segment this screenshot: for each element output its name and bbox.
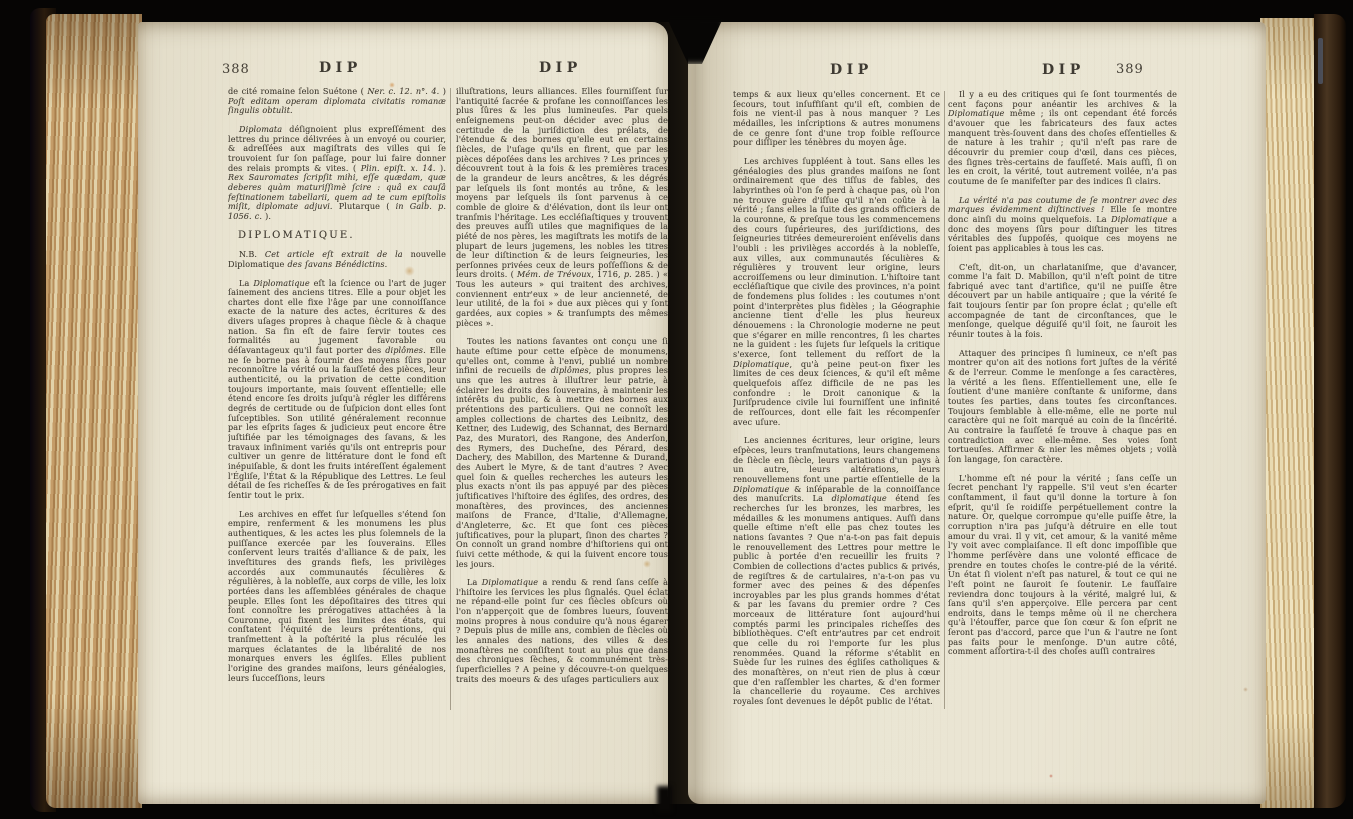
- column-rule-right: [944, 91, 945, 709]
- text-paragraph: Attaquer des principes ſi lumineux, ce n…: [948, 349, 1177, 465]
- column-rule-left: [450, 88, 451, 710]
- text-paragraph: La Diplomatique a rendu & rend ſans ceſſ…: [456, 578, 668, 684]
- running-head-left-1: DIP: [319, 60, 362, 76]
- gutter-bottom-shadow: [657, 786, 672, 812]
- text-paragraph: de cité romaine ſelon Suétone ( Ner. c. …: [228, 87, 446, 116]
- right-board-leather: [1314, 14, 1346, 808]
- text-paragraph: Il y a eu des critiques qui ſe ſont tour…: [948, 90, 1177, 187]
- foxing-spot: [648, 580, 654, 586]
- left-fore-edge-pages: [46, 14, 142, 808]
- text-paragraph: Les archives ſuppléent à tout. Sans elle…: [733, 157, 940, 427]
- text-paragraph: Les archives en effet ſur leſquelles s'é…: [228, 510, 446, 684]
- text-paragraph: La Diplomatique eſt la ſcience ou l'art …: [228, 279, 446, 501]
- foxing-spot: [643, 560, 651, 568]
- article-title: DIPLOMATIQUE.: [228, 231, 446, 241]
- text-paragraph: L'homme eſt né pour la vérité ; ſans ceſ…: [948, 474, 1177, 657]
- right-fore-edge-pages: [1260, 18, 1320, 808]
- text-paragraph: Diplomata déſignoient plus expreſſément …: [228, 125, 446, 222]
- running-head-right-1: DIP: [830, 62, 873, 78]
- text-paragraph: C'eſt, dit-on, un charlataniſme, que d'a…: [948, 263, 1177, 340]
- page-number-right: 389: [1116, 62, 1144, 77]
- open-book-photograph: 388 DIP DIP DIP DIP 389 de cité romaine …: [0, 0, 1353, 819]
- page-number-left: 388: [222, 62, 250, 77]
- running-head-left-2: DIP: [539, 60, 582, 76]
- foxing-spot: [1243, 687, 1248, 692]
- left-page-column-2: illuſtrations, leurs alliances. Elles fo…: [456, 87, 668, 717]
- right-page-column-2: Il y a eu des critiques qui ſe ſont tour…: [948, 90, 1177, 716]
- text-paragraph: Les anciennes écritures, leur origine, l…: [733, 436, 940, 706]
- headband-blue: [1318, 38, 1323, 84]
- text-paragraph: Toutes les nations ſavantes ont conçu un…: [456, 337, 668, 569]
- text-paragraph: illuſtrations, leurs alliances. Elles fo…: [456, 87, 668, 328]
- text-paragraph: temps & aux lieux qu'elles concernent. E…: [733, 90, 940, 148]
- foxing-spot: [404, 266, 415, 276]
- foxing-spot: [389, 82, 395, 88]
- running-head-right-2: DIP: [1042, 62, 1085, 78]
- foxing-spot: [1049, 774, 1053, 778]
- left-page-column-1: de cité romaine ſelon Suétone ( Ner. c. …: [228, 87, 446, 717]
- text-paragraph: La vérité n'a pas coutume de ſe montrer …: [948, 196, 1177, 254]
- right-page-column-1: temps & aux lieux qu'elles concernent. E…: [733, 90, 940, 716]
